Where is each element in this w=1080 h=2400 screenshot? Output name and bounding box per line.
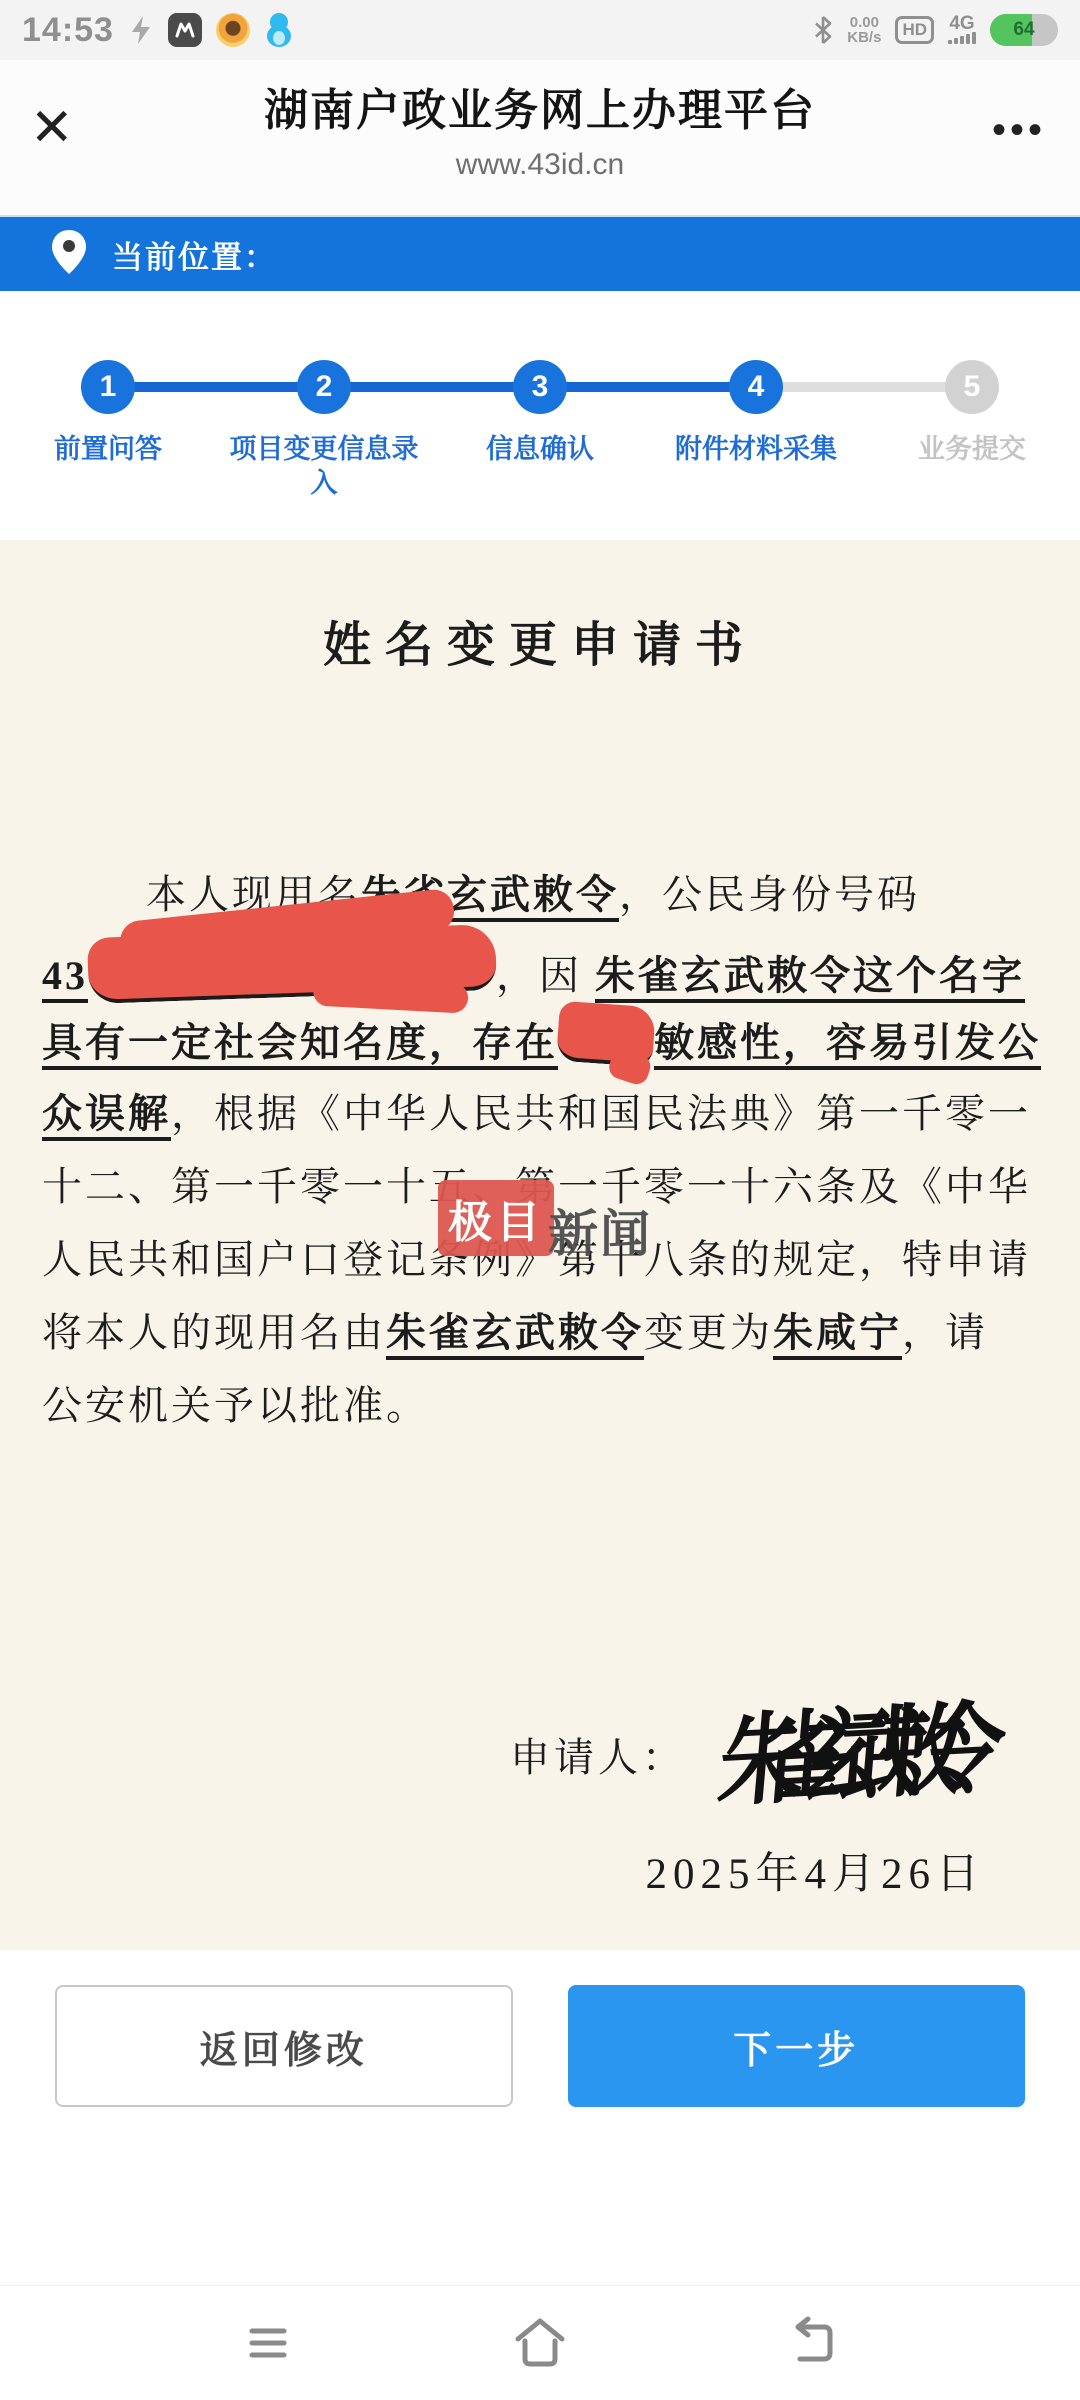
step-circle[interactable]: 1 [81,360,135,414]
bluetooth-icon [813,16,833,44]
step-circle[interactable]: 2 [297,360,351,414]
emphasized-text: 朱咸宁 [773,1310,902,1360]
doc-text: 变更为 [644,1310,773,1355]
doc-line: 43，因 朱雀玄武敕令这个名字 [42,931,1040,1004]
step-label: 附件材料采集 [648,432,864,466]
step-5[interactable]: 5业务提交 [864,326,1080,500]
emphasized-text: 敏感性，容易引发公 [654,1020,1041,1070]
dark-app-icon [168,13,202,47]
doc-line: 具有一定社会知名度，存在敏感性，容易引发公 [42,1004,1040,1077]
doc-text: ，根据《中华人民共和国民法典》第一千零一 [171,1091,1031,1136]
doc-text: ，公民身份号码 [619,872,920,917]
webview-title-bar: ✕ 湖南户政业务网上办理平台 www.43id.cn ••• [0,60,1080,216]
back-icon[interactable] [782,2313,842,2373]
step-label: 项目变更信息录入 [216,432,432,500]
jimu-news-watermark: 极目 新闻 [438,1180,652,1266]
phone-screen: 14:53 0.00 KB/s [0,0,1080,2400]
emphasized-text: 具有一定社会知名度，存在 [42,1020,558,1070]
step-label: 业务提交 [864,432,1080,466]
step-label: 信息确认 [432,432,648,466]
emphasized-text: 朱雀玄武敕令这个名字 [595,953,1025,1003]
current-location-label: 当前位置： [112,232,277,277]
doc-line: 公安机关予以批准。 [42,1369,1040,1442]
step-circle[interactable]: 4 [729,360,783,414]
doc-line: 众误解，根据《中华人民共和国民法典》第一千零一 [42,1077,1040,1150]
hd-icon: HD [895,16,934,44]
doc-text: 公安机关予以批准。 [42,1383,429,1428]
step-1[interactable]: 1前置问答 [0,326,216,500]
document-date: 2025年4月26日 [646,1840,986,1901]
doc-line: 将本人的现用名由朱雀玄武敕令变更为朱咸宁，请 [42,1296,1040,1369]
status-bar: 14:53 0.00 KB/s [0,0,1080,60]
flame-eye-icon [216,13,250,47]
progress-stepper: 1前置问答2项目变更信息录入3信息确认4附件材料采集5业务提交 [0,291,1080,540]
battery-icon: 64 [990,14,1058,46]
applicant-label: 申请人： [510,1726,686,1783]
document-body: 本人现用名朱雀玄武敕令，公民身份号码43，因 朱雀玄武敕令这个名字具有一定社会知… [42,858,1040,1442]
return-modify-button[interactable]: 返回修改 [55,1985,513,2107]
step-circle[interactable]: 3 [513,360,567,414]
close-button[interactable]: ✕ [30,102,74,154]
id-number-scribble [87,924,497,1004]
clock: 14:53 [22,11,114,50]
document-title: 姓名变更申请书 [0,540,1080,675]
application-document: 姓名变更申请书 本人现用名朱雀玄武敕令，公民身份号码43，因 朱雀玄武敕令这个名… [0,540,1080,1950]
battery-percent: 64 [990,14,1058,46]
page-url: www.43id.cn [120,148,960,182]
penguin-icon [264,12,294,48]
bolt-icon [128,15,154,45]
next-step-button[interactable]: 下一步 [568,1985,1026,2107]
more-menu-button[interactable]: ••• [992,108,1046,153]
step-4[interactable]: 4附件材料采集 [648,326,864,500]
doc-text: ，因 [496,953,595,998]
applicant-signature: 朱雀玄武敕令 [714,1667,1016,1826]
word-scribble [556,1001,656,1068]
current-location-bar: 当前位置： [0,215,1080,291]
doc-text: ，请 [902,1310,988,1355]
watermark-box: 极目 [438,1180,554,1256]
signal-4g-icon: 4G [948,16,976,44]
network-speed: 0.00 KB/s [847,15,881,45]
step-3[interactable]: 3信息确认 [432,326,648,500]
watermark-rest: 新闻 [548,1194,652,1266]
emphasized-text: 众误解 [42,1091,171,1141]
action-button-row: 返回修改 下一步 [0,1985,1080,2107]
emphasized-text: 43 [42,953,88,1003]
home-icon[interactable] [508,2313,572,2373]
page-title: 湖南户政业务网上办理平台 [120,74,960,138]
doc-text: 将本人的现用名由 [42,1310,386,1355]
signature-row: 申请人： 朱雀玄武敕令 [510,1692,1010,1816]
step-label: 前置问答 [0,432,216,466]
menu-icon[interactable] [238,2313,298,2373]
step-2[interactable]: 2项目变更信息录入 [216,326,432,500]
emphasized-text: 朱雀玄武敕令 [386,1310,644,1360]
location-pin-icon [50,228,88,281]
android-nav-bar [0,2285,1080,2400]
step-circle[interactable]: 5 [945,360,999,414]
